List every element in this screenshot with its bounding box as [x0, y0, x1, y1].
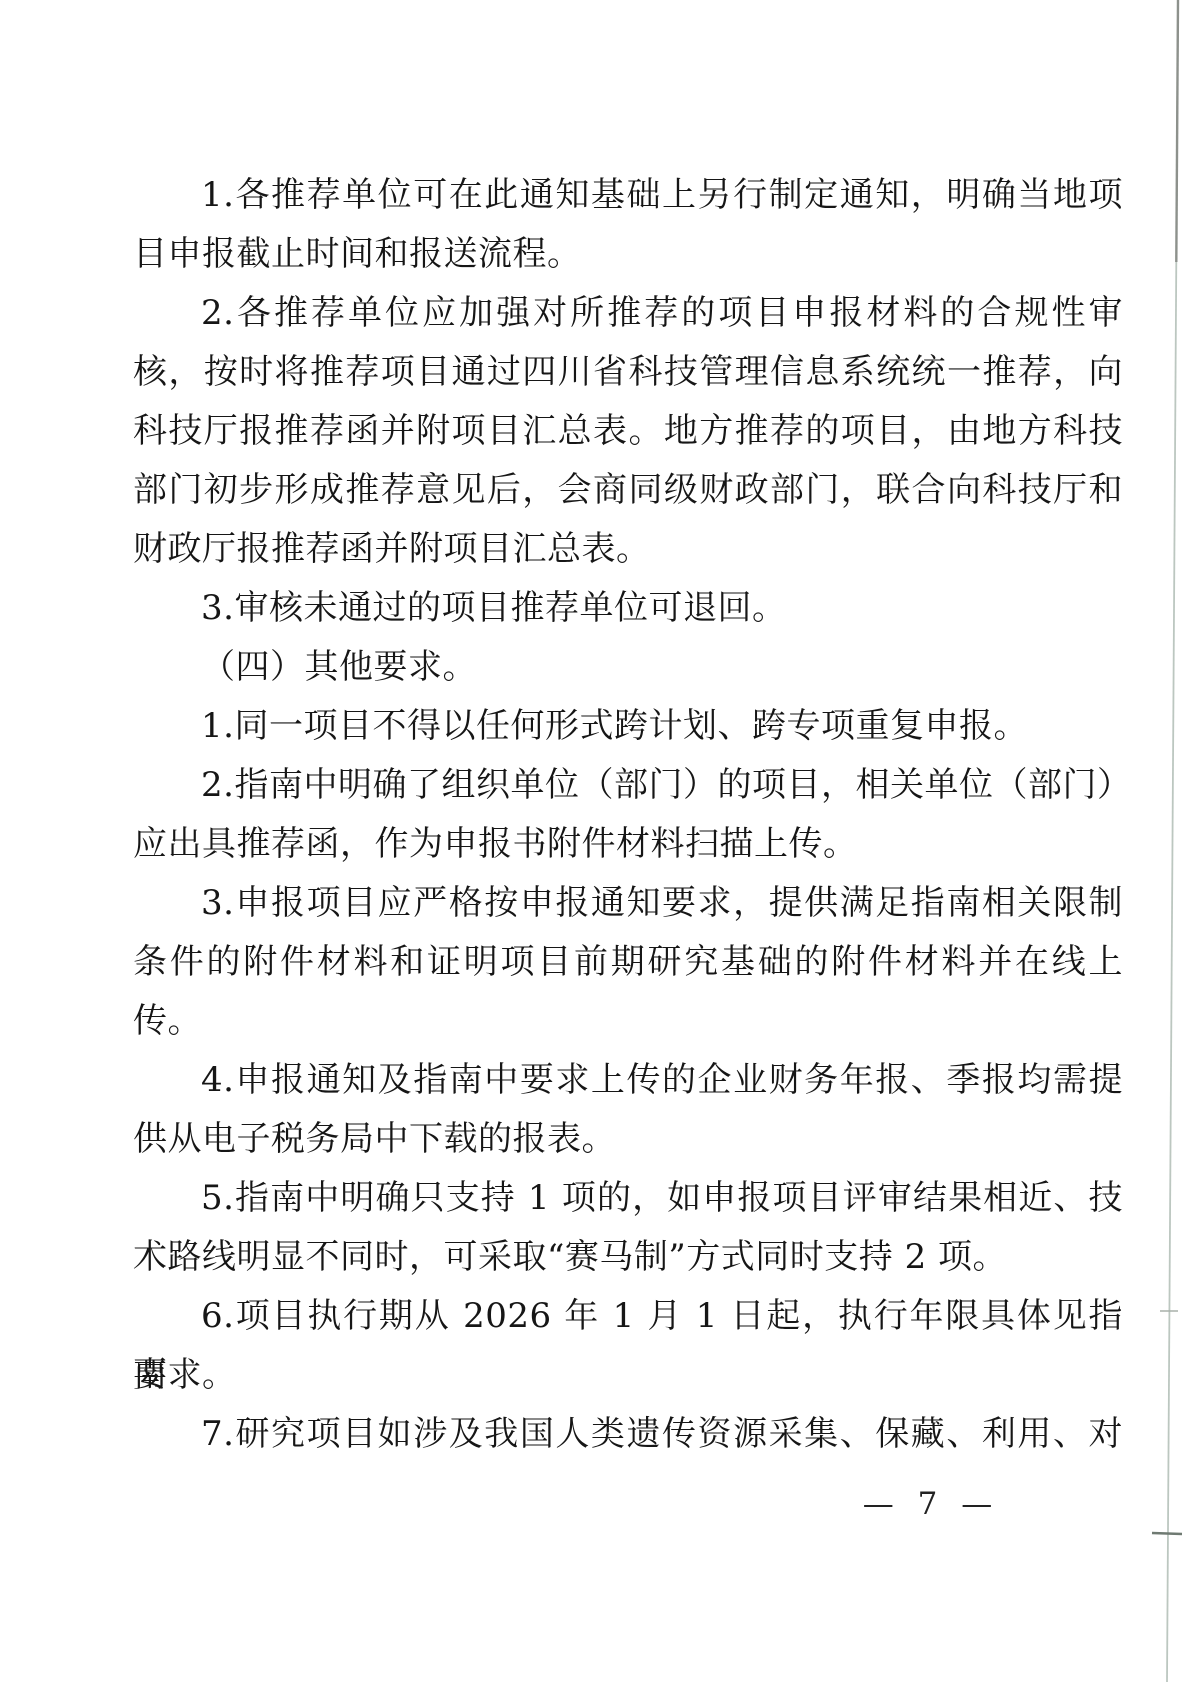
text-line: 1.同一项目不得以任何形式跨计划、跨专项重复申报。	[133, 697, 1123, 756]
page-number: — 7 —	[856, 1486, 1006, 1522]
text-line: 目申报截止时间和报送流程。	[133, 225, 1123, 284]
text-line: 传。	[133, 992, 1123, 1051]
text-line: 供从电子税务局中下载的报表。	[133, 1110, 1123, 1169]
text-line: （四）其他要求。	[133, 638, 1123, 697]
text-line: 术路线明显不同时，可采取“赛马制”方式同时支持 2 项。	[133, 1228, 1123, 1287]
text-line: 3.审核未通过的项目推荐单位可退回。	[133, 579, 1123, 638]
text-line: 5.指南中明确只支持 1 项的，如申报项目评审结果相近、技	[133, 1169, 1123, 1228]
text-line: 1.各推荐单位可在此通知基础上另行制定通知，明确当地项	[133, 166, 1123, 225]
text-line: 6.项目执行期从 2026 年 1 月 1 日起，执行年限具体见指南	[133, 1287, 1123, 1346]
text-line: 核，按时将推荐项目通过四川省科技管理信息系统统一推荐，向	[133, 343, 1123, 402]
page-edge-line	[1167, 0, 1178, 1682]
text-line: 7.研究项目如涉及我国人类遗传资源采集、保藏、利用、对	[133, 1405, 1123, 1464]
text-line: 科技厅报推荐函并附项目汇总表。地方推荐的项目，由地方科技	[133, 402, 1123, 461]
text-line: 4.申报通知及指南中要求上传的企业财务年报、季报均需提	[133, 1051, 1123, 1110]
text-line: 3.申报项目应严格按申报通知要求，提供满足指南相关限制	[133, 874, 1123, 933]
text-line: 财政厅报推荐函并附项目汇总表。	[133, 520, 1123, 579]
text-line: 2.指南中明确了组织单位（部门）的项目，相关单位（部门）	[133, 756, 1123, 815]
document-page: 1.各推荐单位可在此通知基础上另行制定通知，明确当地项 目申报截止时间和报送流程…	[0, 0, 1190, 1682]
text-line: 要求。	[133, 1346, 1123, 1405]
text-line: 应出具推荐函，作为申报书附件材料扫描上传。	[133, 815, 1123, 874]
scan-tick-mark	[1152, 1533, 1182, 1534]
text-line: 部门初步形成推荐意见后，会商同级财政部门，联合向科技厅和	[133, 461, 1123, 520]
text-line: 2.各推荐单位应加强对所推荐的项目申报材料的合规性审	[133, 284, 1123, 343]
document-body-text: 1.各推荐单位可在此通知基础上另行制定通知，明确当地项 目申报截止时间和报送流程…	[133, 166, 1123, 1464]
page-edge-line-dark-top	[1176, 0, 1178, 262]
text-line: 条件的附件材料和证明项目前期研究基础的附件材料并在线上	[133, 933, 1123, 992]
